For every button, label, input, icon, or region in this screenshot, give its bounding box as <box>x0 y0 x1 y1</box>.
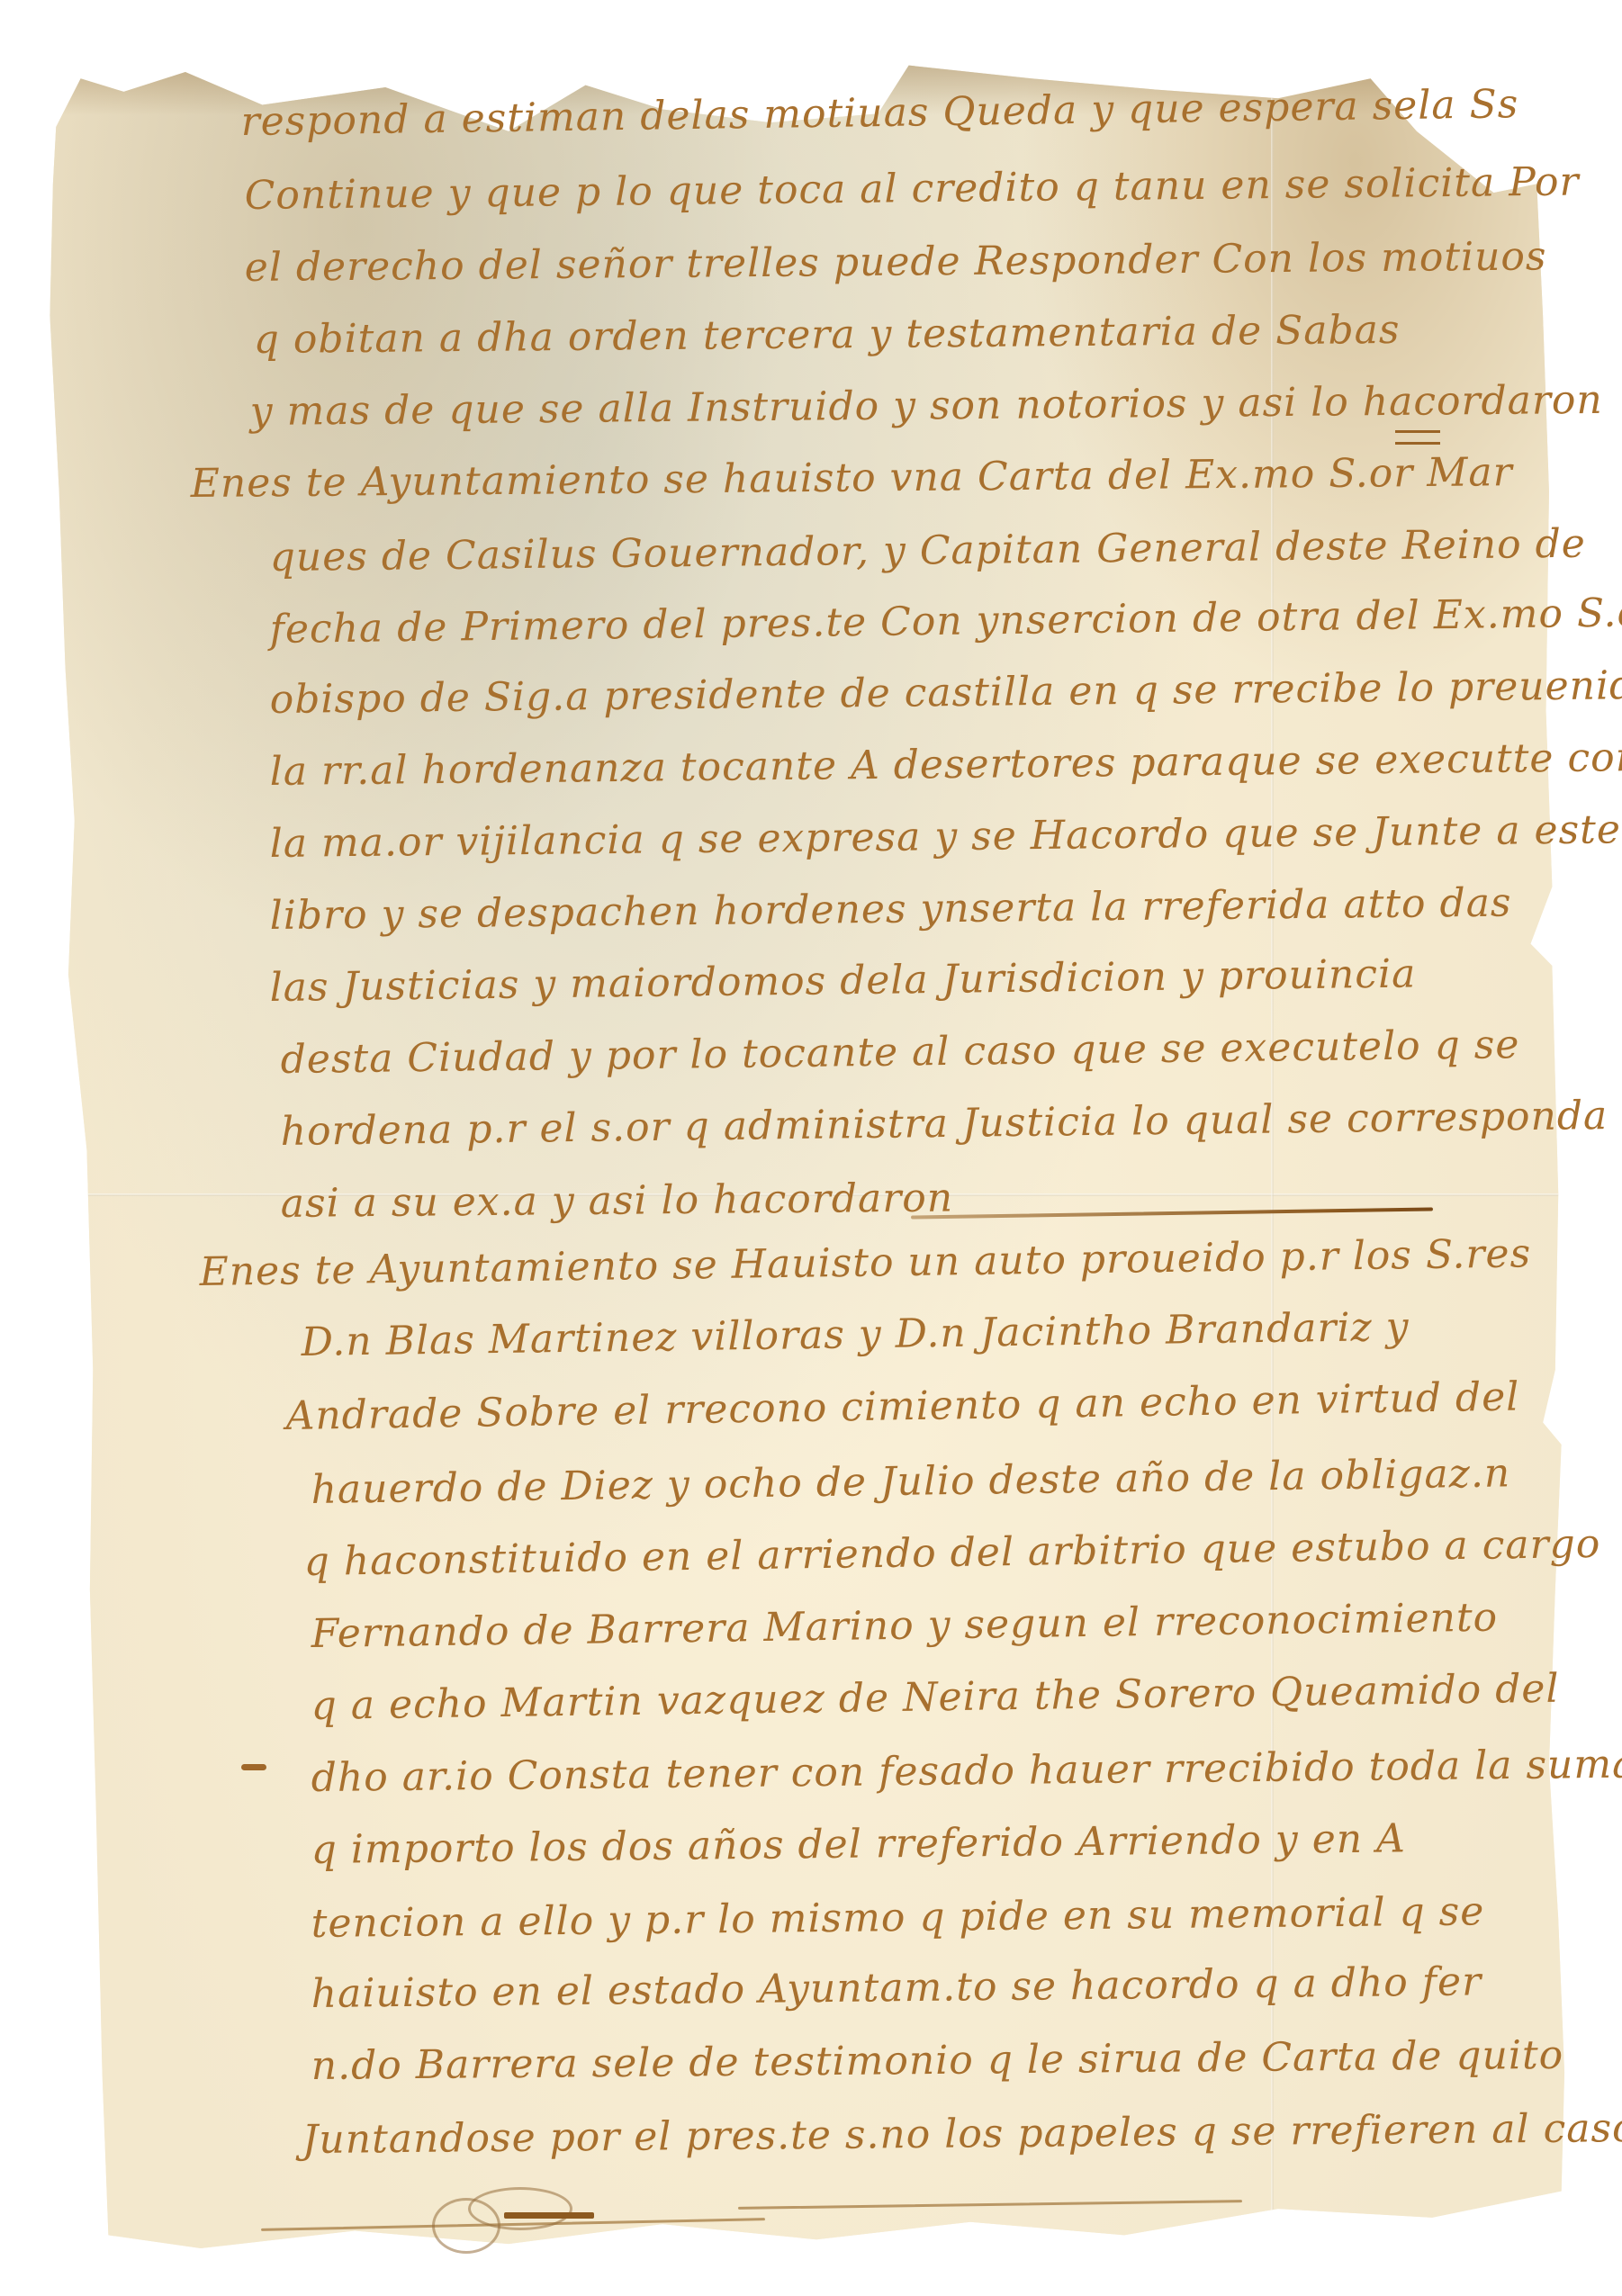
section-end-double-rule <box>1395 430 1440 445</box>
manuscript-line: asi a su ex.a y asi lo hacordaron <box>281 1175 954 1227</box>
rubric-heavy-stroke <box>504 2212 594 2219</box>
rubric-loop <box>468 2187 572 2230</box>
margin-dash-mark <box>241 1764 266 1770</box>
